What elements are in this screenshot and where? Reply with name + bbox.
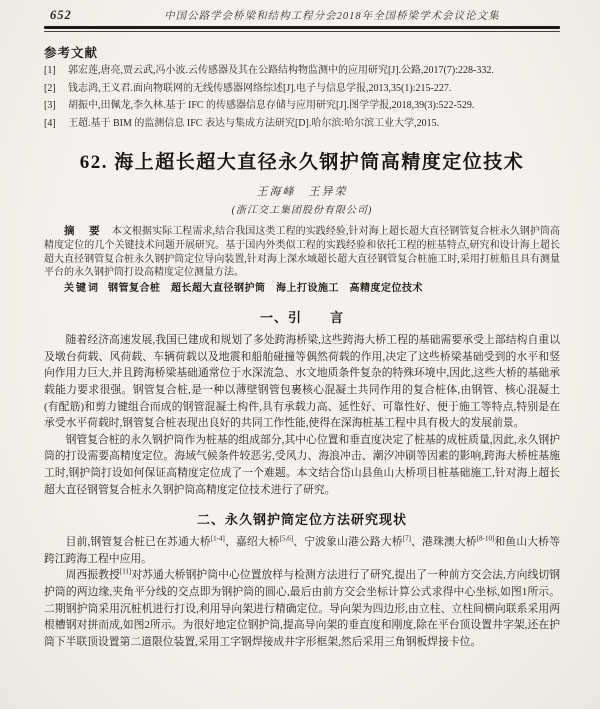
reference-label: [2] bbox=[44, 82, 68, 97]
article-title: 62. 海上超长超大直径永久钢护筒高精度定位技术 bbox=[44, 147, 560, 174]
reference-label: [3] bbox=[44, 99, 68, 114]
abstract-text: 本文根据实际工程需求,结合我国这类工程的实践经验,针对海上超长超大直径钢管复合桩… bbox=[44, 226, 560, 278]
article-authors: 王海峰 王异荣 bbox=[44, 183, 560, 199]
reference-label: [1] bbox=[44, 64, 68, 79]
running-head: 652 中国公路学会桥梁和结构工程分会2018年全国桥梁学术会议论文集 bbox=[44, 8, 560, 26]
reference-text: 胡振中,田佩龙,李久林.基于 IFC 的传感器信息存储与应用研究[J].图学学报… bbox=[68, 100, 474, 111]
scanned-paper-page: 652 中国公路学会桥梁和结构工程分会2018年全国桥梁学术会议论文集 参考文献… bbox=[0, 0, 600, 709]
reference-item: [1]郭宏莲,唐亮,贾云武,冯小波.云传感器及其在公路结构物监测中的应用研究[J… bbox=[44, 64, 560, 79]
keywords-text: 钢管复合桩 超长超大直径钢护筒 海上打设施工 高精度定位技术 bbox=[108, 283, 423, 294]
proceedings-title: 中国公路学会桥梁和结构工程分会2018年全国桥梁学术会议论文集 bbox=[108, 8, 556, 23]
article: 62. 海上超长超大直径永久钢护筒高精度定位技术 王海峰 王异荣 (浙江交工集团… bbox=[44, 147, 560, 650]
abstract-label: 摘 要 bbox=[64, 226, 102, 237]
introduction-paragraph-1: 随着经济高速发展,我国已建成和规划了多处跨海桥梁,这些跨海大桥工程的基础需要承受… bbox=[44, 332, 560, 432]
keywords-label: 关键词 bbox=[64, 283, 100, 294]
header-rule-thin bbox=[44, 31, 560, 32]
section-heading-introduction: 一、引 言 bbox=[44, 307, 560, 326]
section-heading-research-status: 二、永久钢护筒定位方法研究现状 bbox=[44, 509, 560, 528]
introduction-paragraph-2: 钢管复合桩的永久钢护筒作为桩基的组成部分,其中心位置和垂直度决定了桩基的成桩质量… bbox=[44, 432, 560, 498]
status-paragraph-2: 周西振教授[11]对苏通大桥钢护筒中心位置放样与检测方法进行了研究,提出了一种前… bbox=[44, 567, 560, 650]
article-affiliation: (浙江交工集团股份有限公司) bbox=[44, 201, 560, 216]
reference-text: 钱志鸿,王义君.面向物联网的无线传感器网络综述[J].电子与信息学报,2013,… bbox=[68, 83, 451, 94]
references-heading: 参考文献 bbox=[44, 43, 560, 61]
reference-item: [3]胡振中,田佩龙,李久林.基于 IFC 的传感器信息存储与应用研究[J].图… bbox=[44, 99, 560, 114]
abstract-paragraph: 摘 要 本文根据实际工程需求,结合我国这类工程的实践经验,针对海上超长超大直径钢… bbox=[44, 225, 560, 280]
page-number: 652 bbox=[50, 8, 72, 23]
reference-item: [2]钱志鸿,王义君.面向物联网的无线传感器网络综述[J].电子与信息学报,20… bbox=[44, 82, 560, 97]
reference-text: 王超.基于 BIM 的监测信息 IFC 表达与集成方法研究[D].哈尔滨:哈尔滨… bbox=[68, 118, 439, 129]
keywords-line: 关键词钢管复合桩 超长超大直径钢护筒 海上打设施工 高精度定位技术 bbox=[44, 282, 560, 296]
reference-label: [4] bbox=[44, 117, 68, 132]
header-rule-thick bbox=[44, 26, 560, 29]
references-section: 参考文献 [1]郭宏莲,唐亮,贾云武,冯小波.云传感器及其在公路结构物监测中的应… bbox=[44, 43, 560, 131]
status-paragraph-1: 目前,钢管复合桩已在苏通大桥[1-4]、嘉绍大桥[5,6]、宁波象山港公路大桥[… bbox=[44, 534, 560, 567]
reference-item: [4]王超.基于 BIM 的监测信息 IFC 表达与集成方法研究[D].哈尔滨:… bbox=[44, 117, 560, 132]
reference-text: 郭宏莲,唐亮,贾云武,冯小波.云传感器及其在公路结构物监测中的应用研究[J].公… bbox=[68, 65, 494, 76]
